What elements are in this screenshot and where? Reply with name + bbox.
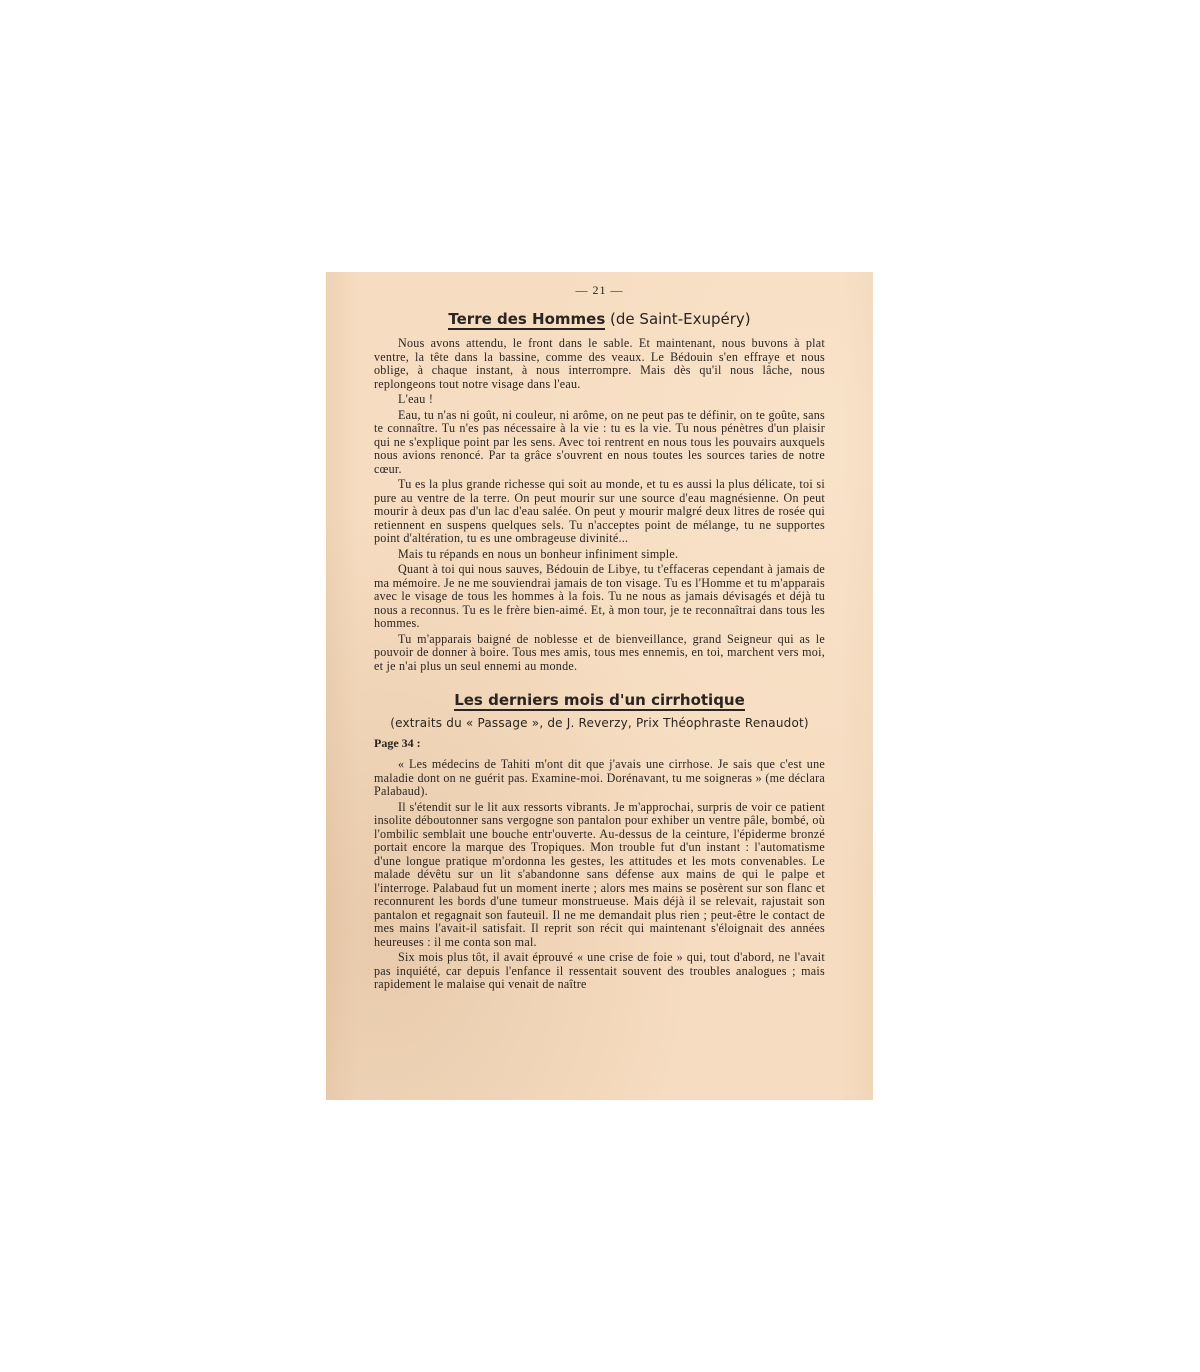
paragraph: Nous avons attendu, le front dans le sab… <box>374 337 825 391</box>
page-reference: Page 34 : <box>374 736 825 750</box>
page-number: — 21 — <box>374 282 825 298</box>
paragraph: L'eau ! <box>374 393 825 407</box>
paragraph: Mais tu répands en nous un bonheur infin… <box>374 548 825 562</box>
section-heading-terre-des-hommes: Terre des Hommes (de Saint-Exupéry) <box>374 309 825 329</box>
section-author: (de Saint-Exupéry) <box>605 310 750 328</box>
paragraph: Il s'étendit sur le lit aux ressorts vib… <box>374 801 825 950</box>
paragraph: Six mois plus tôt, il avait éprouvé « un… <box>374 951 825 992</box>
section-body-terre-des-hommes: Nous avons attendu, le front dans le sab… <box>374 337 825 673</box>
book-page: — 21 — Terre des Hommes (de Saint-Exupér… <box>326 272 873 1100</box>
paragraph: Tu m'apparais baigné de noblesse et de b… <box>374 633 825 674</box>
section-heading-cirrhotique: Les derniers mois d'un cirrhotique <box>374 690 825 710</box>
paragraph: Quant à toi qui nous sauves, Bédouin de … <box>374 563 825 631</box>
section-body-cirrhotique: « Les médecins de Tahiti m'ont dit que j… <box>374 758 825 992</box>
paragraph: « Les médecins de Tahiti m'ont dit que j… <box>374 758 825 799</box>
section-title: Les derniers mois d'un cirrhotique <box>454 691 745 711</box>
paragraph: Eau, tu n'as ni goût, ni couleur, ni arô… <box>374 409 825 477</box>
section-subtitle: (extraits du « Passage », de J. Reverzy,… <box>374 715 825 731</box>
paragraph: Tu es la plus grande richesse qui soit a… <box>374 478 825 546</box>
section-title: Terre des Hommes <box>448 310 605 330</box>
